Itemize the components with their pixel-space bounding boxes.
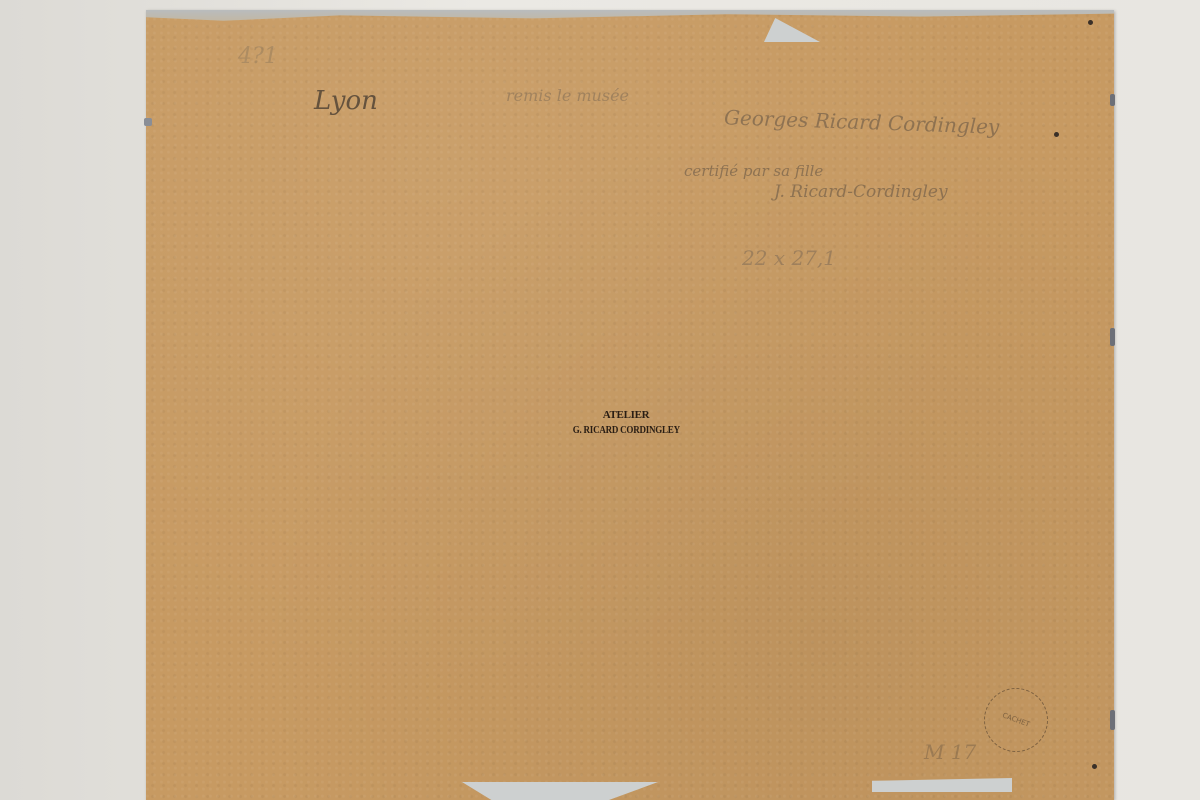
- paper-chip-bottom: [462, 782, 658, 800]
- edge-stain: [1110, 710, 1115, 730]
- nail-icon: [1092, 764, 1097, 769]
- edge-stain: [144, 118, 152, 126]
- signature: J. Ricard-Cordingley: [774, 182, 948, 202]
- round-stamp: CACHET: [975, 679, 1057, 761]
- city-inscription: Lyon: [314, 86, 378, 116]
- stamp-line-1: ATELIER: [526, 408, 726, 422]
- dimensions-inscription: 22 x 27,1: [742, 246, 836, 270]
- museum-note: remis le musée: [506, 86, 629, 105]
- hardboard-panel: 4?1 Lyon remis le musée Georges Ricard C…: [146, 10, 1114, 800]
- nail-icon: [1088, 20, 1093, 25]
- atelier-stamp: ATELIER G. RICARD CORDINGLEY: [526, 408, 726, 437]
- top-edge-strip: [146, 10, 1114, 22]
- edge-stain: [1110, 328, 1115, 346]
- paper-chip-top: [764, 18, 820, 42]
- inventory-number: 4?1: [238, 44, 278, 69]
- bottom-pencil-marks: M 17: [924, 740, 976, 764]
- certification-note: certifié par sa fille: [684, 162, 823, 180]
- stamp-line-2: G. RICARD CORDINGLEY: [572, 423, 679, 437]
- edge-stain: [1110, 94, 1115, 106]
- round-stamp-text: CACHET: [1001, 711, 1030, 728]
- nail-icon: [1054, 132, 1059, 137]
- paper-chip-bottom-right: [872, 778, 1012, 792]
- artist-name-inscription: Georges Ricard Cordingley: [724, 105, 1000, 139]
